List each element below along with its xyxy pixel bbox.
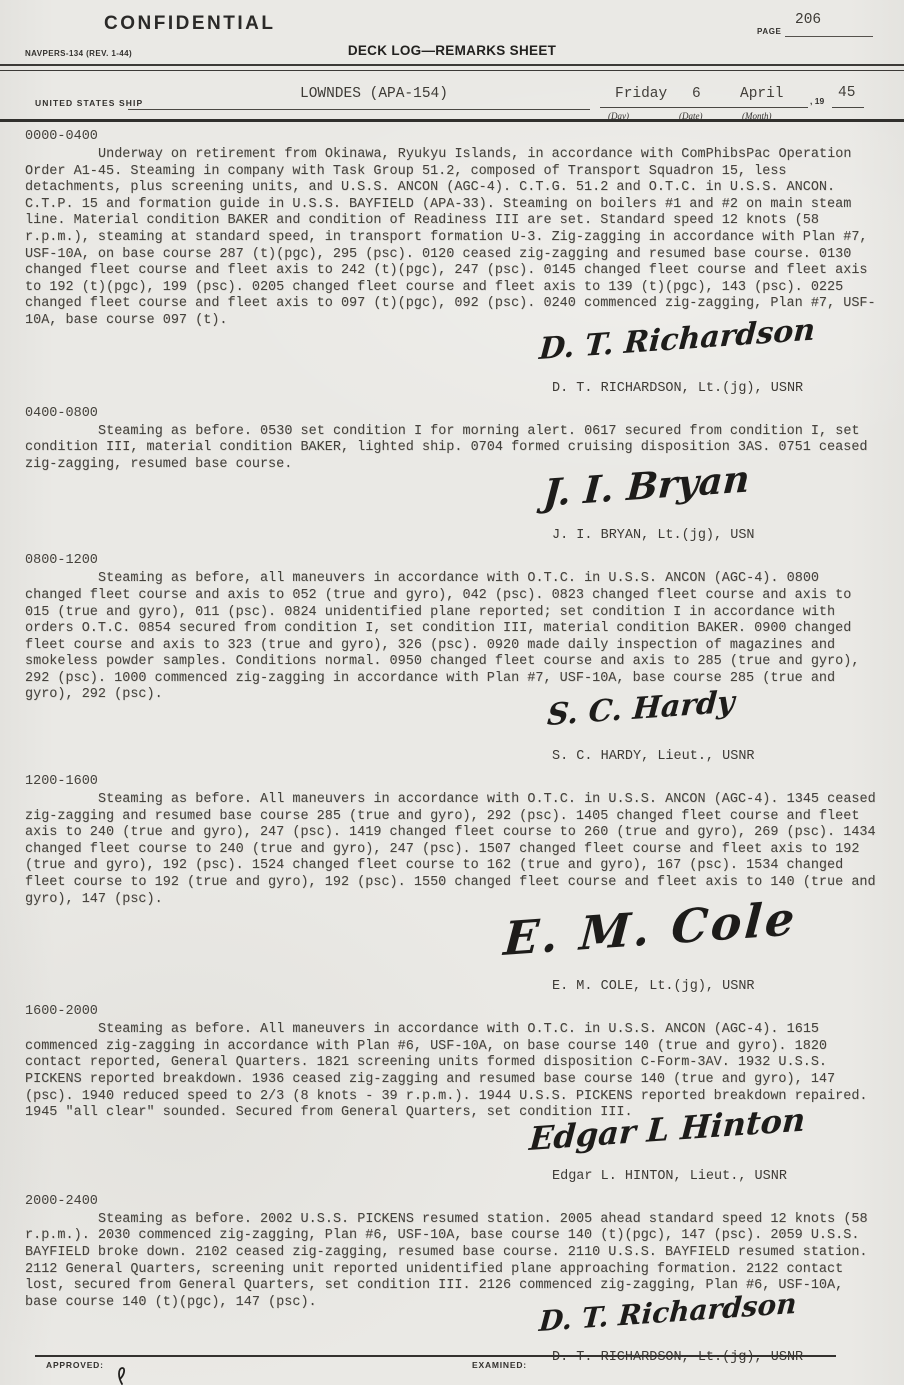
header-heavy-rule	[0, 119, 904, 122]
date-year-value: 45	[838, 85, 855, 101]
signature-name: D. T. RICHARDSON, Lt.(jg), USNR	[552, 381, 803, 396]
form-footer: APPROVED: EXAMINED:	[0, 1355, 904, 1385]
signature-name: E. M. COLE, Lt.(jg), USNR	[552, 979, 755, 994]
entry-time-range: 0800-1200	[25, 552, 904, 569]
entry-time-range: 0000-0400	[25, 128, 904, 145]
log-entry-1200-1600: 1200-1600 Steaming as before. All maneuv…	[0, 773, 904, 998]
log-entry-0400-0800: 0400-0800 Steaming as before. 0530 set c…	[0, 405, 904, 548]
log-entry-1600-2000: 1600-2000 Steaming as before. All maneuv…	[0, 1003, 904, 1188]
approved-label: APPROVED:	[46, 1360, 104, 1370]
date-date-value: 6	[692, 86, 701, 102]
log-entry-text: Steaming as before, all maneuvers in acc…	[25, 571, 882, 704]
log-entry-text: Underway on retirement from Okinawa, Ryu…	[25, 147, 882, 330]
signature-block: Edgar L Hinton Edgar L. HINTON, Lieut., …	[480, 1122, 900, 1188]
partial-signature-mark	[108, 1367, 130, 1385]
log-entry-0800-1200: 0800-1200 Steaming as before, all maneuv…	[0, 552, 904, 768]
ship-label: UNITED STATES SHIP	[35, 98, 143, 108]
log-entry-2000-2400: 2000-2400 Steaming as before. 2002 U.S.S…	[0, 1193, 904, 1370]
footer-rule	[35, 1355, 836, 1357]
date-month-value: April	[740, 86, 784, 102]
deck-log-remarks-sheet: CONFIDENTIAL 206 PAGE NAVPERS-134 (REV. …	[0, 0, 904, 1385]
entry-time-range: 0400-0800	[25, 405, 904, 422]
page-number-line	[785, 36, 873, 37]
signature-name: S. C. HARDY, Lieut., USNR	[552, 749, 755, 764]
year-prefix: , 19	[810, 96, 824, 106]
log-entry-text: Steaming as before. All maneuvers in acc…	[25, 792, 882, 908]
signature-block: J. I. Bryan J. I. BRYAN, Lt.(jg), USN	[480, 473, 900, 547]
examined-label: EXAMINED:	[472, 1360, 527, 1370]
entry-time-range: 2000-2400	[25, 1193, 904, 1210]
header-double-rule	[0, 64, 904, 71]
page-label: PAGE	[757, 27, 781, 36]
classification-stamp: CONFIDENTIAL	[104, 13, 275, 35]
date-line	[600, 107, 808, 108]
signature-block: E. M. Cole E. M. COLE, Lt.(jg), USNR	[480, 908, 900, 998]
log-entry-0000-0400: 0000-0400 Underway on retirement from Ok…	[0, 128, 904, 400]
log-entry-text: Steaming as before. 0530 set condition I…	[25, 424, 882, 474]
entry-time-range: 1200-1600	[25, 773, 904, 790]
ship-name-line	[128, 109, 590, 110]
signature-name: Edgar L. HINTON, Lieut., USNR	[552, 1169, 787, 1184]
form-header: CONFIDENTIAL 206 PAGE NAVPERS-134 (REV. …	[0, 0, 904, 123]
document-title: DECK LOG—REMARKS SHEET	[0, 43, 904, 58]
page-number: 206	[795, 12, 821, 28]
date-day-value: Friday	[615, 86, 667, 102]
signature-name: J. I. BRYAN, Lt.(jg), USN	[552, 528, 755, 543]
signature-block: S. C. Hardy S. C. HARDY, Lieut., USNR	[480, 704, 900, 768]
signature-block: D. T. Richardson D. T. RICHARDSON, Lt.(j…	[480, 330, 900, 400]
ship-name: LOWNDES (APA-154)	[300, 86, 448, 102]
entry-time-range: 1600-2000	[25, 1003, 904, 1020]
year-line	[832, 107, 864, 108]
